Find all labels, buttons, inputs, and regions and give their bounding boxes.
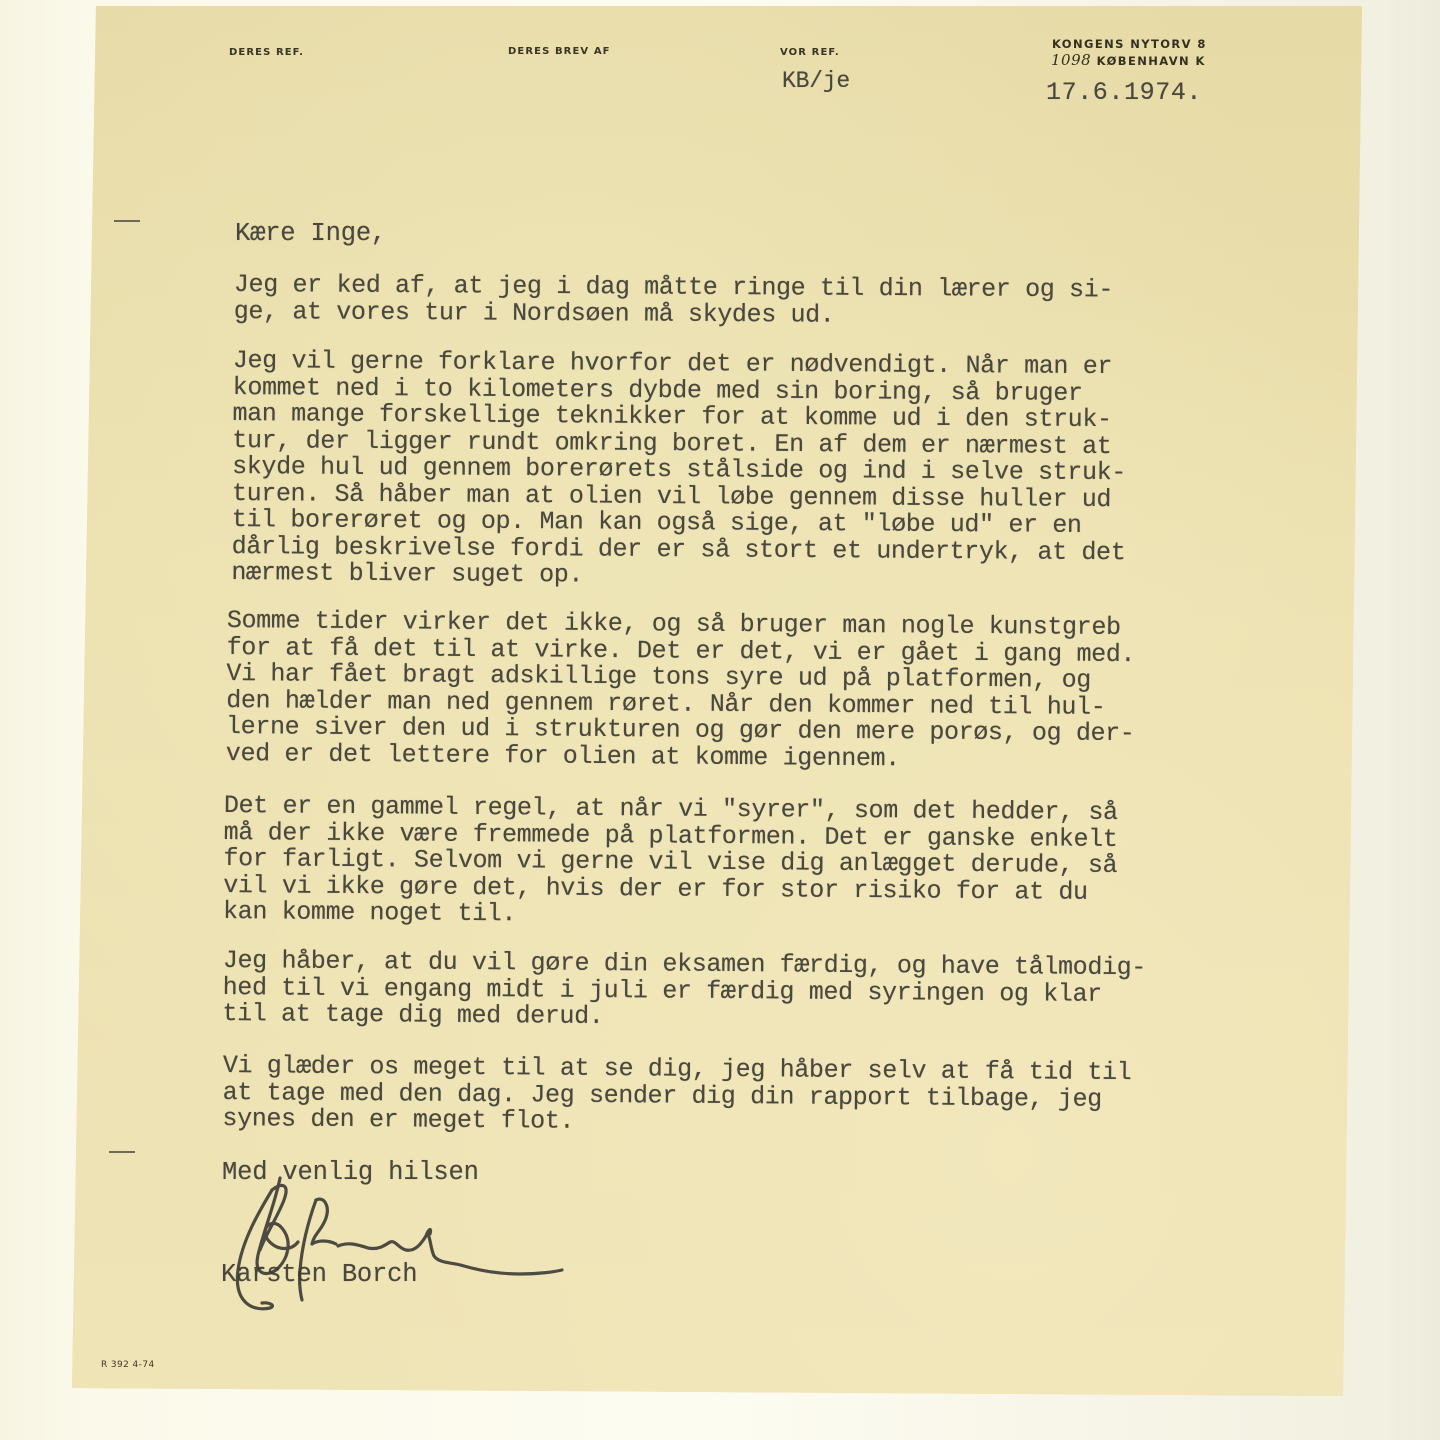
your-letter-label: DERES BREV AF	[508, 46, 611, 57]
salutation: Kære Inge,	[235, 219, 386, 248]
paragraph-3: Somme tider virker det ikke, og så bruge…	[226, 608, 1136, 774]
fold-mark-bottom	[109, 1151, 135, 1153]
your-ref-label: DERES REF.	[229, 47, 304, 58]
letter-sheet: DERES REF. DERES BREV AF VOR REF. KB/je …	[0, 0, 1440, 1440]
paragraph-6: Vi glæder os meget til at se dig, jeg hå…	[222, 1053, 1131, 1140]
our-ref-label: VOR REF.	[780, 47, 840, 58]
address-line-1: KONGENS NYTORV 8	[1052, 37, 1207, 51]
fold-mark-top	[114, 220, 140, 222]
paragraph-5: Jeg håber, at du vil gøre din eksamen fæ…	[222, 948, 1146, 1035]
address-line-2: 1098 KØBENHAVN K	[1051, 51, 1206, 69]
paragraph-2: Jeg vil gerne forklare hvorfor det er nø…	[231, 348, 1126, 593]
form-code: R 392 4-74	[101, 1360, 155, 1370]
our-ref-value: KB/je	[782, 68, 850, 94]
handwritten-signature-icon	[220, 1160, 580, 1330]
letter-date: 17.6.1974.	[1046, 78, 1202, 107]
address-city: KØBENHAVN K	[1097, 54, 1206, 68]
paragraph-1: Jeg er ked af, at jeg i dag måtte ringe …	[234, 272, 1113, 330]
address-postcode: 1098	[1051, 51, 1091, 69]
paragraph-4: Det er en gammel regel, at når vi "syrer…	[223, 793, 1118, 933]
